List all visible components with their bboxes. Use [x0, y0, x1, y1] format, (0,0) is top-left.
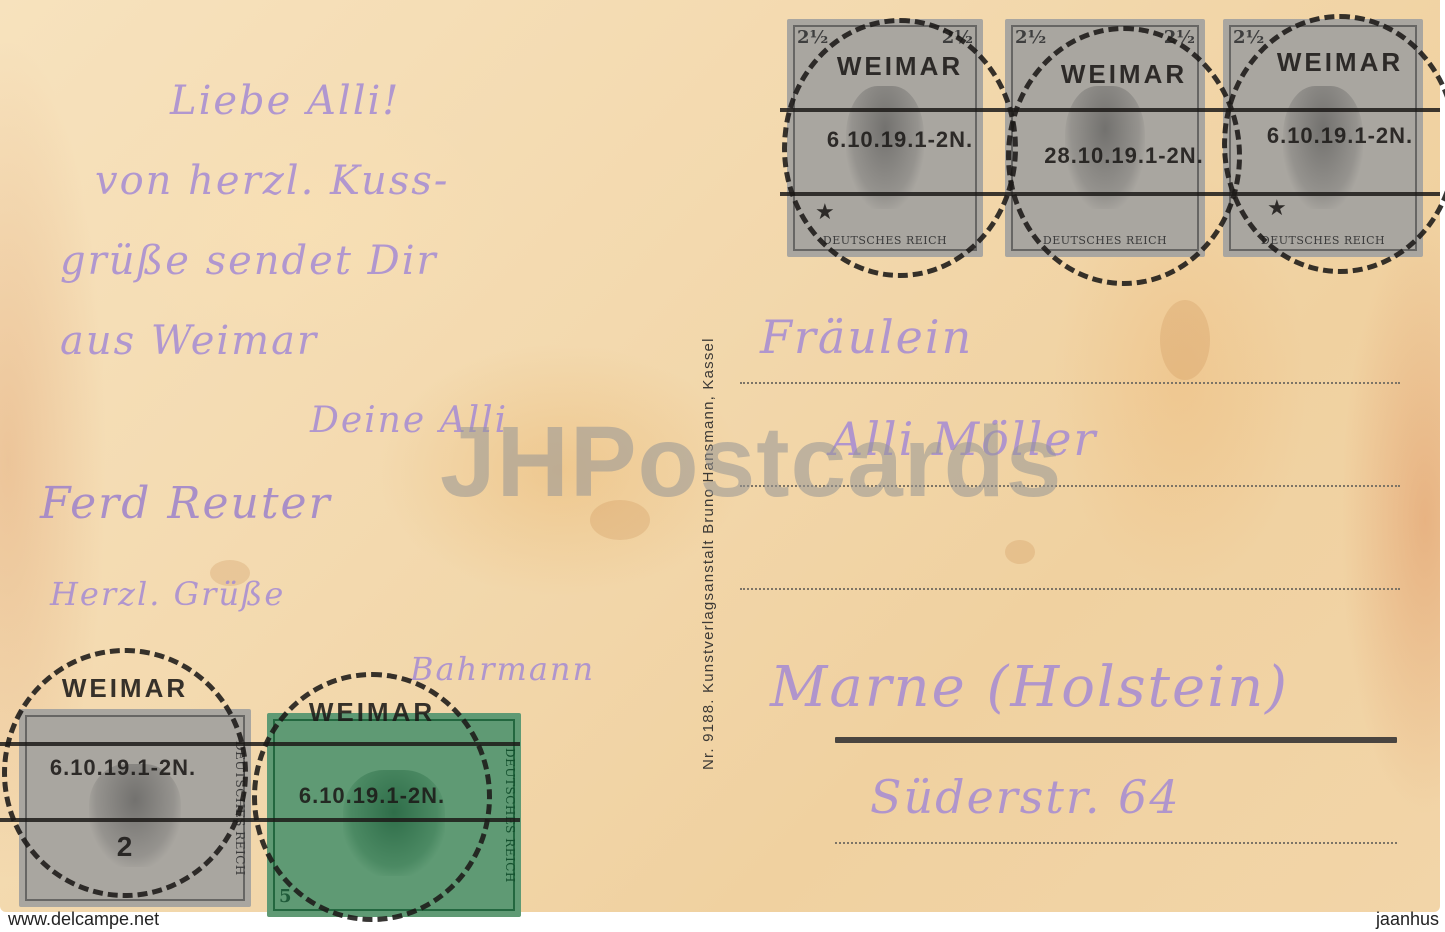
postmark-1: WEIMAR 6.10.19.1-2N. ★ — [782, 18, 1018, 278]
postmark-date: 6.10.19.1-2N. — [1227, 123, 1445, 149]
credit-caption: jaanhus — [1376, 909, 1439, 930]
address-underline-bar — [835, 737, 1397, 743]
postmark-5: WEIMAR 6.10.19.1-2N. — [252, 672, 492, 922]
postmark-date: 28.10.19.1-2N. — [1011, 143, 1237, 169]
message-line-7: Herzl. Grüße — [50, 575, 285, 613]
address-line-4 — [835, 842, 1397, 844]
postcard-back: Liebe Alli! von herzl. Kuss- grüße sende… — [0, 0, 1440, 912]
postmark-3: WEIMAR 6.10.19.1-2N. ★ — [1222, 14, 1445, 274]
cancel-bar — [0, 742, 520, 746]
stamp-denomination: 2½ — [1233, 27, 1264, 48]
stain — [1160, 300, 1210, 380]
stamp-denomination: 2½ — [797, 27, 828, 48]
watermark: JHPostcards — [440, 405, 1062, 520]
cancel-bar — [0, 818, 520, 822]
message-line-1: Liebe Alli! — [170, 78, 400, 124]
postmark-city: WEIMAR — [1227, 47, 1445, 78]
postmark-code: 2 — [7, 831, 243, 863]
address-line-1 — [740, 382, 1400, 384]
postmark-city: WEIMAR — [787, 51, 1013, 82]
message-line-4: aus Weimar — [60, 318, 318, 364]
cancel-bar — [780, 192, 1440, 196]
publisher-imprint: Nr. 9188. Kunstverlagsanstalt Bruno Hans… — [700, 337, 717, 770]
postmark-2: WEIMAR 28.10.19.1-2N. — [1006, 26, 1242, 286]
stamp-denomination: 2½ — [1015, 27, 1046, 48]
message-line-2: von herzl. Kuss- — [95, 158, 449, 204]
message-line-3: grüße sendet Dir — [60, 238, 438, 284]
postmark-date: 6.10.19.1-2N. — [257, 783, 487, 809]
stamp-denomination: 5 — [279, 886, 292, 907]
postmark-4: WEIMAR 6.10.19.1-2N. 2 — [2, 648, 248, 898]
postmark-date: 6.10.19.1-2N. — [787, 127, 1013, 153]
signature-reuter: Ferd Reuter — [40, 478, 332, 529]
signature-bahrmann: Bahrmann — [410, 650, 595, 688]
star-icon: ★ — [1267, 195, 1287, 221]
address-city: Marne (Holstein) — [770, 655, 1289, 720]
star-icon: ★ — [815, 199, 835, 225]
postmark-city: WEIMAR — [257, 697, 487, 728]
source-caption: www.delcampe.net — [8, 909, 159, 930]
address-street: Süderstr. 64 — [870, 770, 1181, 824]
postmark-date: 6.10.19.1-2N. — [3, 755, 243, 781]
address-salutation: Fräulein — [760, 310, 973, 364]
stain — [1005, 540, 1035, 564]
address-line-3 — [740, 588, 1400, 590]
postmark-city: WEIMAR — [7, 673, 243, 704]
cancel-bar — [780, 108, 1440, 112]
postmark-city: WEIMAR — [1011, 59, 1237, 90]
